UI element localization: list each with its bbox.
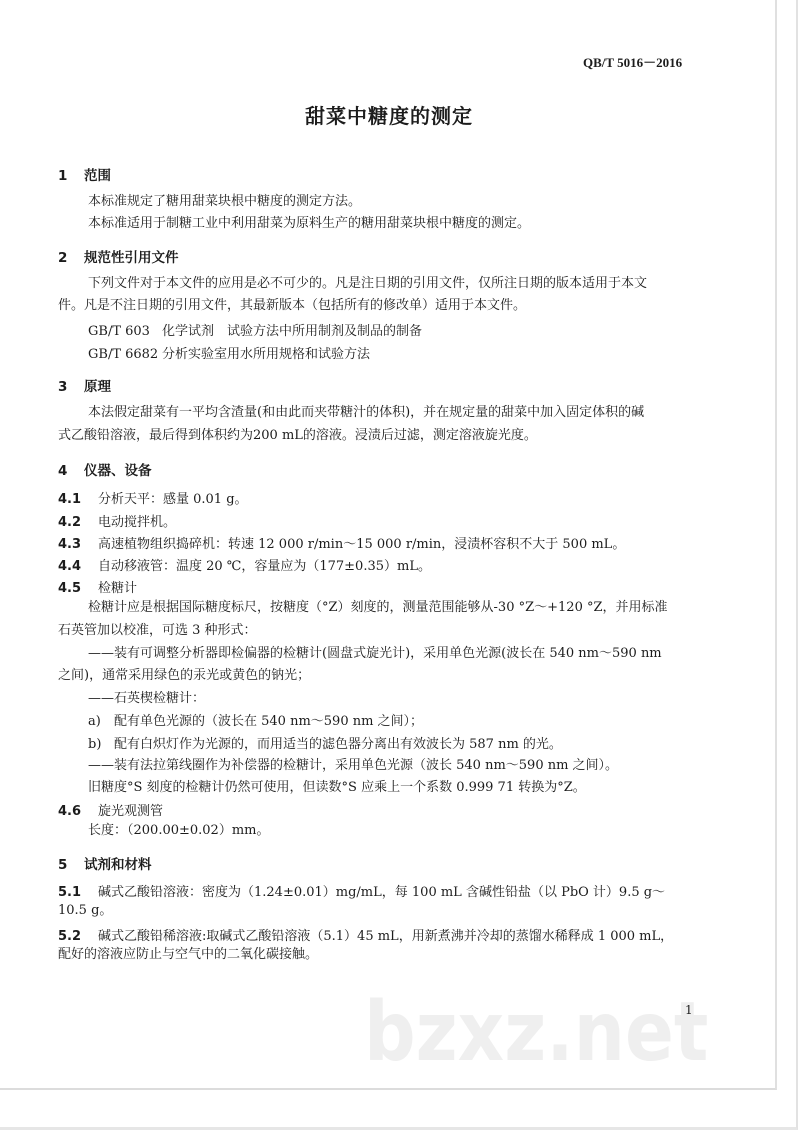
principle-line-1: 本法假定甜菜有一平均含渣量(和由此而夹带糖汁的体积)，并在规定量的甜菜中加入固定… bbox=[58, 402, 718, 424]
option-text: 配有白炽灯作为光源的，而用适当的滤色器分离出有效波长为 587 nm 的光。 bbox=[114, 737, 562, 752]
item-number: 4.5 bbox=[58, 581, 98, 596]
item-4-5: 4.5检糖计 bbox=[58, 577, 137, 596]
section-3-heading: 3原理 bbox=[58, 375, 111, 395]
item-number: 4.4 bbox=[58, 559, 98, 574]
item-text: 自动移液管：温度 20 ℃，容量应为（177±0.35）mL。 bbox=[98, 559, 431, 574]
reference-title: 化学试剂 试验方法中所用制剂及制品的制备 bbox=[162, 324, 422, 339]
item-4-4: 4.4自动移液管：温度 20 ℃，容量应为（177±0.35）mL。 bbox=[58, 555, 431, 574]
section-2-heading: 2规范性引用文件 bbox=[58, 246, 179, 266]
section-1-heading: 1范围 bbox=[58, 164, 111, 184]
saccharimeter-type-2-option-a: a)配有单色光源的（波长在 540 nm～590 nm 之间）； bbox=[88, 710, 423, 729]
item-text: 分析天平：感量 0.01 g。 bbox=[98, 492, 248, 507]
saccharimeter-type-3: ——装有法拉第线圈作为补偿器的检糖计，采用单色光源（波长 540 nm～590 … bbox=[58, 755, 718, 777]
principle-line-2: 式乙酸铅溶液，最后得到体积约为200 mL的溶液。浸渍后过滤，测定溶液旋光度。 bbox=[58, 425, 718, 447]
item-5-2: 5.2碱式乙酸铅稀溶液:取碱式乙酸铅溶液（5.1）45 mL，用新煮沸并冷却的蒸… bbox=[58, 925, 673, 944]
saccharimeter-note: 旧糖度°S 刻度的检糖计仍然可使用，但读数°S 应乘上一个系数 0.999 71… bbox=[58, 777, 718, 799]
section-5-heading: 5试剂和材料 bbox=[58, 853, 152, 873]
saccharimeter-type-1-line-2: 之间)，通常采用绿色的汞光或黄色的钠光； bbox=[58, 665, 718, 687]
section-number: 3 bbox=[58, 379, 84, 395]
reference-title: 分析实验室用水所用规格和试验方法 bbox=[162, 347, 370, 362]
item-number: 5.2 bbox=[58, 929, 98, 944]
page-number: 1 bbox=[685, 1003, 693, 1017]
item-4-1: 4.1分析天平：感量 0.01 g。 bbox=[58, 488, 248, 507]
tube-length: 长度：（200.00±0.02）mm。 bbox=[58, 820, 718, 842]
reference-item: GB/T 603化学试剂 试验方法中所用制剂及制品的制备 bbox=[88, 320, 422, 339]
saccharimeter-line-2: 石英管加以校准，可选 3 种形式： bbox=[58, 620, 718, 642]
watermark: bzxz.net bbox=[364, 985, 708, 1080]
option-label: b) bbox=[88, 737, 114, 752]
scope-paragraph-1: 本标准规定了糖用甜菜块根中糖度的测定方法。 bbox=[58, 191, 718, 213]
item-text: 碱式乙酸铅稀溶液:取碱式乙酸铅溶液（5.1）45 mL，用新煮沸并冷却的蒸馏水稀… bbox=[98, 929, 673, 944]
section-number: 5 bbox=[58, 857, 84, 873]
references-intro-line-2: 件。凡是不注日期的引用文件，其最新版本（包括所有的修改单）适用于本文件。 bbox=[58, 295, 718, 317]
option-text: 配有单色光源的（波长在 540 nm～590 nm 之间）； bbox=[114, 714, 423, 729]
saccharimeter-type-2-option-b: b)配有白炽灯作为光源的，而用适当的滤色器分离出有效波长为 587 nm 的光。 bbox=[88, 733, 562, 752]
section-title: 范围 bbox=[84, 168, 111, 184]
reference-code: GB/T 603 bbox=[88, 324, 162, 339]
section-title: 试剂和材料 bbox=[84, 857, 152, 873]
saccharimeter-type-2: ——石英楔检糖计： bbox=[58, 688, 718, 710]
item-number: 4.1 bbox=[58, 492, 98, 507]
item-4-3: 4.3高速植物组织捣碎机：转速 12 000 r/min～15 000 r/mi… bbox=[58, 533, 625, 552]
standard-code: QB/T 5016－2016 bbox=[583, 52, 682, 71]
section-title: 仪器、设备 bbox=[84, 463, 152, 479]
item-4-6: 4.6旋光观测管 bbox=[58, 800, 163, 819]
item-4-2: 4.2电动搅拌机。 bbox=[58, 511, 176, 530]
scope-paragraph-2: 本标准适用于制糖工业中利用甜菜为原料生产的糖用甜菜块根中糖度的测定。 bbox=[58, 213, 718, 235]
item-text: 碱式乙酸铅溶液：密度为（1.24±0.01）mg/mL，每 100 mL 含碱性… bbox=[98, 885, 665, 900]
references-intro-line-1: 下列文件对于本文件的应用是必不可少的。凡是注日期的引用文件，仅所注日期的版本适用… bbox=[58, 273, 718, 295]
item-text: 电动搅拌机。 bbox=[98, 515, 176, 530]
item-number: 4.3 bbox=[58, 537, 98, 552]
option-label: a) bbox=[88, 714, 114, 729]
section-number: 1 bbox=[58, 168, 84, 184]
section-title: 原理 bbox=[84, 379, 111, 395]
section-number: 2 bbox=[58, 250, 84, 266]
item-5-1: 5.1碱式乙酸铅溶液：密度为（1.24±0.01）mg/mL，每 100 mL … bbox=[58, 881, 665, 900]
item-text: 检糖计 bbox=[98, 581, 137, 596]
saccharimeter-type-1-line-1: ——装有可调整分析器即检偏器的检糖计(圆盘式旋光计)，采用单色光源(波长在 54… bbox=[58, 643, 718, 665]
reference-code: GB/T 6682 bbox=[88, 347, 162, 362]
item-5-1-continuation: 10.5 g。 bbox=[58, 900, 718, 922]
item-number: 4.6 bbox=[58, 804, 98, 819]
document-title: 甜菜中糖度的测定 bbox=[0, 100, 778, 129]
section-title: 规范性引用文件 bbox=[84, 250, 179, 266]
item-text: 旋光观测管 bbox=[98, 804, 163, 819]
item-number: 5.1 bbox=[58, 885, 98, 900]
section-4-heading: 4仪器、设备 bbox=[58, 459, 152, 479]
section-number: 4 bbox=[58, 463, 84, 479]
item-5-2-continuation: 配好的溶液应防止与空气中的二氧化碳接触。 bbox=[58, 944, 718, 966]
item-number: 4.2 bbox=[58, 515, 98, 530]
reference-item: GB/T 6682分析实验室用水所用规格和试验方法 bbox=[88, 343, 370, 362]
item-text: 高速植物组织捣碎机：转速 12 000 r/min～15 000 r/min，浸… bbox=[98, 537, 625, 552]
saccharimeter-line-1: 检糖计应是根据国际糖度标尺，按糖度（°Z）刻度的，测量范围能够从-30 °Z～+… bbox=[58, 597, 718, 619]
